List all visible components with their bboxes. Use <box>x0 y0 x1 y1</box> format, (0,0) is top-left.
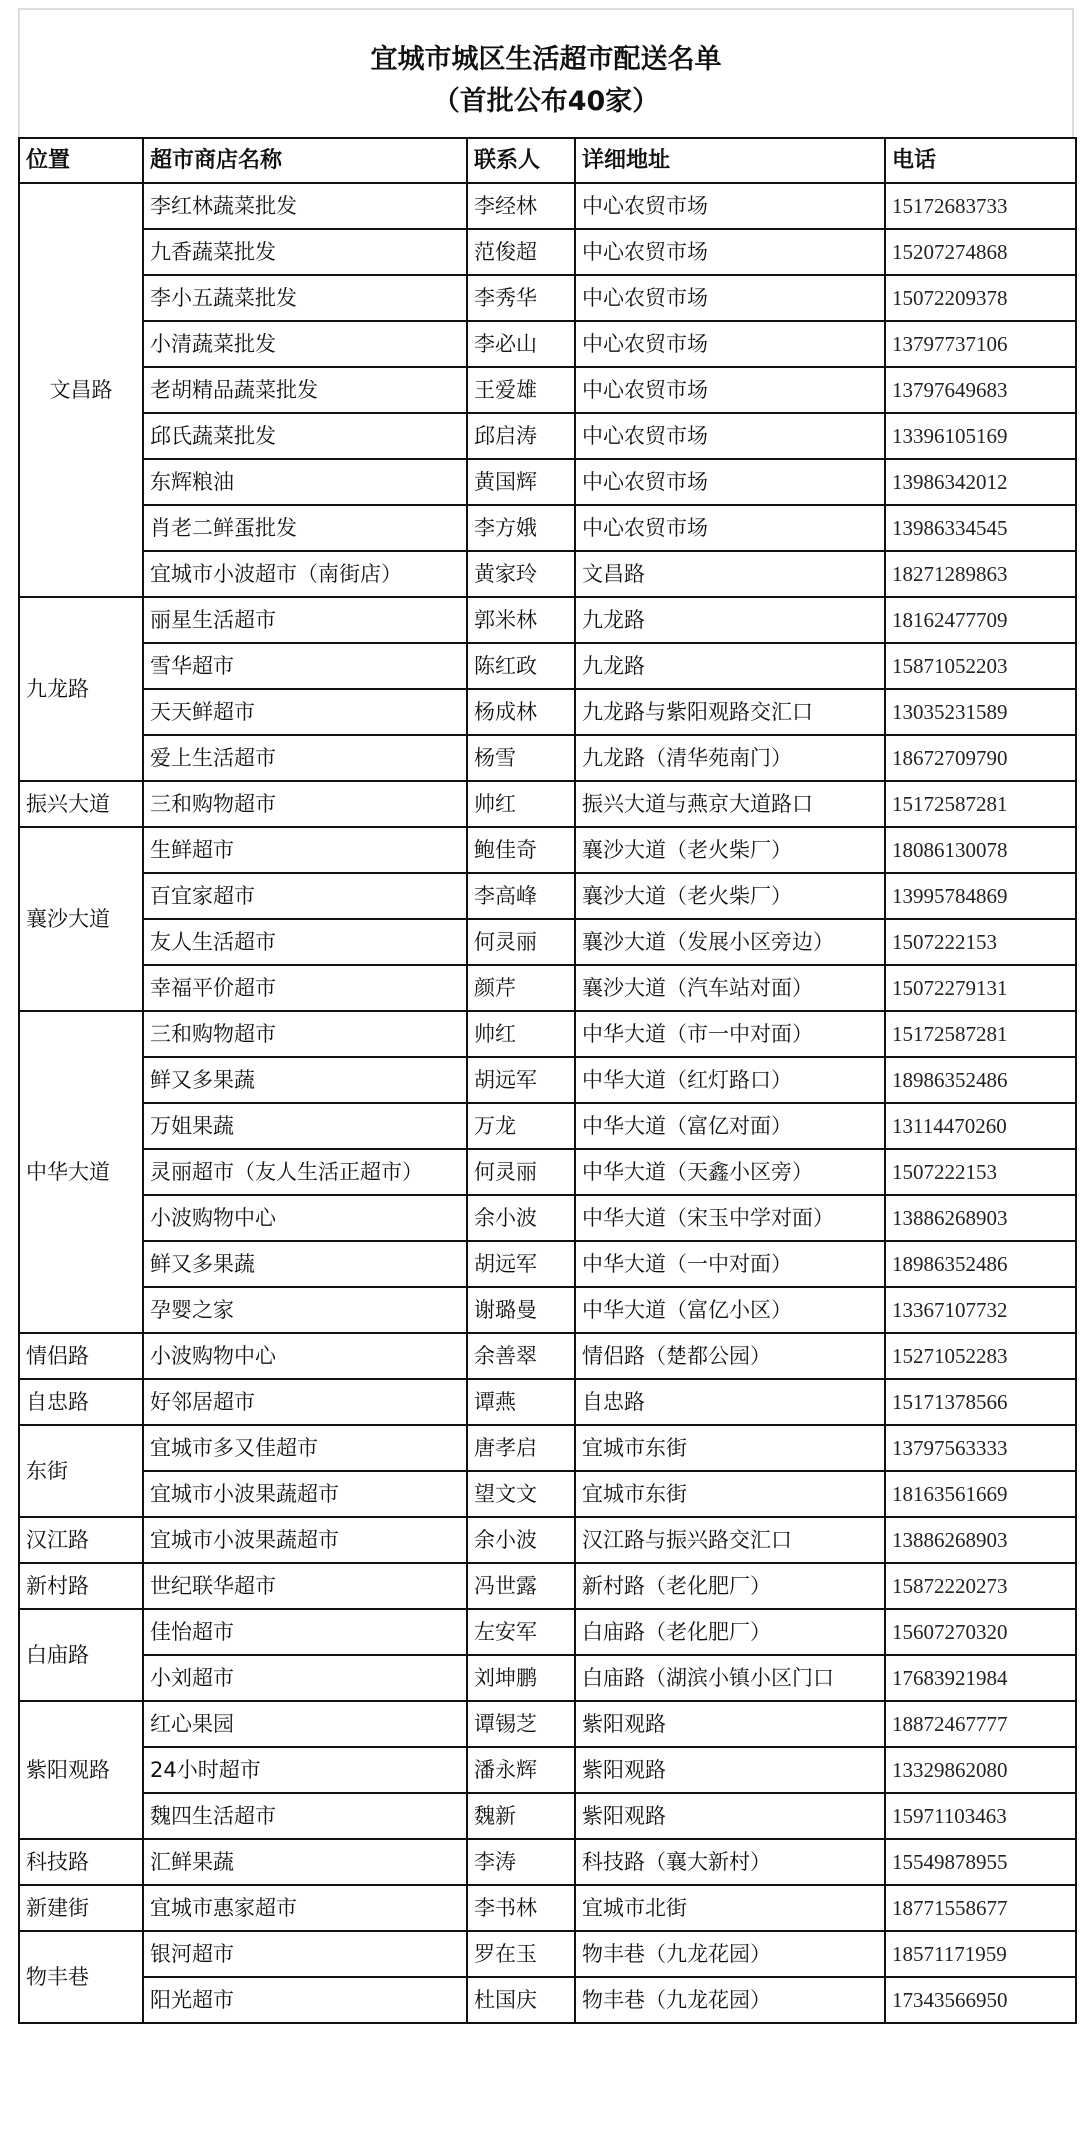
store-name-cell: 邱氏蔬菜批发 <box>143 413 467 459</box>
table-row: 宜城市小波超市（南街店）黄家玲文昌路18271289863 <box>19 551 1076 597</box>
phone-cell: 13797737106 <box>885 321 1076 367</box>
address-cell: 物丰巷（九龙花园） <box>575 1977 885 2023</box>
phone-cell: 15271052283 <box>885 1333 1076 1379</box>
table-row: 汉江路宜城市小波果蔬超市余小波汉江路与振兴路交汇口13886268903 <box>19 1517 1076 1563</box>
address-cell: 襄沙大道（老火柴厂） <box>575 873 885 919</box>
contact-cell: 范俊超 <box>467 229 575 275</box>
address-cell: 科技路（襄大新村） <box>575 1839 885 1885</box>
contact-cell: 谭锡芝 <box>467 1701 575 1747</box>
table-row: 紫阳观路红心果园谭锡芝紫阳观路18872467777 <box>19 1701 1076 1747</box>
phone-cell: 13396105169 <box>885 413 1076 459</box>
address-cell: 情侣路（楚都公园） <box>575 1333 885 1379</box>
table-row: 中华大道三和购物超市帅红中华大道（市一中对面）15172587281 <box>19 1011 1076 1057</box>
table-row: 孕婴之家谢璐曼中华大道（富亿小区）13367107732 <box>19 1287 1076 1333</box>
address-cell: 中心农贸市场 <box>575 367 885 413</box>
phone-cell: 13797563333 <box>885 1425 1076 1471</box>
phone-cell: 13329862080 <box>885 1747 1076 1793</box>
location-cell: 汉江路 <box>19 1517 143 1563</box>
table-row: 幸福平价超市颜芹襄沙大道（汽车站对面）15072279131 <box>19 965 1076 1011</box>
store-name-cell: 万姐果蔬 <box>143 1103 467 1149</box>
phone-cell: 18986352486 <box>885 1241 1076 1287</box>
header-phone: 电话 <box>885 138 1076 183</box>
store-name-cell: 雪华超市 <box>143 643 467 689</box>
store-name-cell: 九香蔬菜批发 <box>143 229 467 275</box>
address-cell: 中心农贸市场 <box>575 459 885 505</box>
header-location: 位置 <box>19 138 143 183</box>
store-name-cell: 鲜又多果蔬 <box>143 1057 467 1103</box>
table-row: 宜城市小波果蔬超市望文文宜城市东街18163561669 <box>19 1471 1076 1517</box>
contact-cell: 李方娥 <box>467 505 575 551</box>
contact-cell: 魏新 <box>467 1793 575 1839</box>
store-name-cell: 肖老二鲜蛋批发 <box>143 505 467 551</box>
store-name-cell: 东辉粮油 <box>143 459 467 505</box>
table-row: 魏四生活超市魏新紫阳观路15971103463 <box>19 1793 1076 1839</box>
phone-cell: 18571171959 <box>885 1931 1076 1977</box>
address-cell: 白庙路（老化肥厂） <box>575 1609 885 1655</box>
table-row: 天天鲜超市杨成林九龙路与紫阳观路交汇口13035231589 <box>19 689 1076 735</box>
phone-cell: 13035231589 <box>885 689 1076 735</box>
table-row: 九龙路丽星生活超市郭米林九龙路18162477709 <box>19 597 1076 643</box>
store-name-cell: 灵丽超市（友人生活正超市） <box>143 1149 467 1195</box>
store-name-cell: 宜城市惠家超市 <box>143 1885 467 1931</box>
address-cell: 紫阳观路 <box>575 1747 885 1793</box>
address-cell: 自忠路 <box>575 1379 885 1425</box>
contact-cell: 余善翠 <box>467 1333 575 1379</box>
address-cell: 九龙路（清华苑南门） <box>575 735 885 781</box>
table-row: 雪华超市陈红政九龙路15871052203 <box>19 643 1076 689</box>
location-cell: 襄沙大道 <box>19 827 143 1011</box>
store-name-cell: 小波购物中心 <box>143 1195 467 1241</box>
contact-cell: 王爱雄 <box>467 367 575 413</box>
phone-cell: 15607270320 <box>885 1609 1076 1655</box>
table-row: 李小五蔬菜批发李秀华中心农贸市场15072209378 <box>19 275 1076 321</box>
contact-cell: 何灵丽 <box>467 1149 575 1195</box>
location-cell: 九龙路 <box>19 597 143 781</box>
store-name-cell: 爱上生活超市 <box>143 735 467 781</box>
table-row: 万姐果蔬万龙中华大道（富亿对面）13114470260 <box>19 1103 1076 1149</box>
contact-cell: 杨雪 <box>467 735 575 781</box>
table-row: 新村路世纪联华超市冯世露新村路（老化肥厂）15872220273 <box>19 1563 1076 1609</box>
store-name-cell: 宜城市多又佳超市 <box>143 1425 467 1471</box>
table-row: 爱上生活超市杨雪九龙路（清华苑南门）18672709790 <box>19 735 1076 781</box>
location-cell: 新建街 <box>19 1885 143 1931</box>
table-row: 九香蔬菜批发范俊超中心农贸市场15207274868 <box>19 229 1076 275</box>
phone-cell: 18771558677 <box>885 1885 1076 1931</box>
address-cell: 汉江路与振兴路交汇口 <box>575 1517 885 1563</box>
location-cell: 新村路 <box>19 1563 143 1609</box>
store-name-cell: 三和购物超市 <box>143 1011 467 1057</box>
contact-cell: 李涛 <box>467 1839 575 1885</box>
store-name-cell: 孕婴之家 <box>143 1287 467 1333</box>
phone-cell: 17683921984 <box>885 1655 1076 1701</box>
phone-cell: 18271289863 <box>885 551 1076 597</box>
phone-cell: 13986342012 <box>885 459 1076 505</box>
address-cell: 紫阳观路 <box>575 1793 885 1839</box>
table-row: 百宜家超市李高峰襄沙大道（老火柴厂）13995784869 <box>19 873 1076 919</box>
phone-cell: 15549878955 <box>885 1839 1076 1885</box>
contact-cell: 李经林 <box>467 183 575 229</box>
address-cell: 中华大道（一中对面） <box>575 1241 885 1287</box>
store-name-cell: 小清蔬菜批发 <box>143 321 467 367</box>
phone-cell: 18986352486 <box>885 1057 1076 1103</box>
contact-cell: 帅红 <box>467 781 575 827</box>
contact-cell: 帅红 <box>467 1011 575 1057</box>
table-header-row: 位置 超市商店名称 联系人 详细地址 电话 <box>19 138 1076 183</box>
contact-cell: 邱启涛 <box>467 413 575 459</box>
table-body: 文昌路李红林蔬菜批发李经林中心农贸市场15172683733九香蔬菜批发范俊超中… <box>19 183 1076 2023</box>
phone-cell: 18086130078 <box>885 827 1076 873</box>
address-cell: 襄沙大道（老火柴厂） <box>575 827 885 873</box>
table-row: 小波购物中心余小波中华大道（宋玉中学对面）13886268903 <box>19 1195 1076 1241</box>
table-row: 灵丽超市（友人生活正超市）何灵丽中华大道（天鑫小区旁）1507222153 <box>19 1149 1076 1195</box>
phone-cell: 15072209378 <box>885 275 1076 321</box>
address-cell: 中心农贸市场 <box>575 275 885 321</box>
store-name-cell: 佳怡超市 <box>143 1609 467 1655</box>
table-row: 小清蔬菜批发李必山中心农贸市场13797737106 <box>19 321 1076 367</box>
store-name-cell: 幸福平价超市 <box>143 965 467 1011</box>
contact-cell: 余小波 <box>467 1517 575 1563</box>
store-name-cell: 银河超市 <box>143 1931 467 1977</box>
phone-cell: 13995784869 <box>885 873 1076 919</box>
location-cell: 白庙路 <box>19 1609 143 1701</box>
store-name-cell: 小刘超市 <box>143 1655 467 1701</box>
address-cell: 中心农贸市场 <box>575 321 885 367</box>
phone-cell: 15072279131 <box>885 965 1076 1011</box>
table-row: 情侣路小波购物中心余善翠情侣路（楚都公园）15271052283 <box>19 1333 1076 1379</box>
store-name-cell: 百宜家超市 <box>143 873 467 919</box>
store-name-cell: 鲜又多果蔬 <box>143 1241 467 1287</box>
address-cell: 物丰巷（九龙花园） <box>575 1931 885 1977</box>
location-cell: 紫阳观路 <box>19 1701 143 1839</box>
table-row: 新建街宜城市惠家超市李书林宜城市北街18771558677 <box>19 1885 1076 1931</box>
phone-cell: 15871052203 <box>885 643 1076 689</box>
phone-cell: 13797649683 <box>885 367 1076 413</box>
phone-cell: 1507222153 <box>885 1149 1076 1195</box>
contact-cell: 左安军 <box>467 1609 575 1655</box>
store-name-cell: 老胡精品蔬菜批发 <box>143 367 467 413</box>
table-row: 鲜又多果蔬胡远军中华大道（一中对面）18986352486 <box>19 1241 1076 1287</box>
store-name-cell: 李小五蔬菜批发 <box>143 275 467 321</box>
address-cell: 九龙路与紫阳观路交汇口 <box>575 689 885 735</box>
address-cell: 中华大道（富亿对面） <box>575 1103 885 1149</box>
store-name-cell: 李红林蔬菜批发 <box>143 183 467 229</box>
document-subtitle: （首批公布40家） <box>20 86 1072 118</box>
table-row: 24小时超市潘永辉紫阳观路13329862080 <box>19 1747 1076 1793</box>
document-title: 宜城市城区生活超市配送名单 <box>20 44 1072 76</box>
phone-cell: 18672709790 <box>885 735 1076 781</box>
address-cell: 新村路（老化肥厂） <box>575 1563 885 1609</box>
contact-cell: 杜国庆 <box>467 1977 575 2023</box>
phone-cell: 13114470260 <box>885 1103 1076 1149</box>
table-row: 肖老二鲜蛋批发李方娥中心农贸市场13986334545 <box>19 505 1076 551</box>
contact-cell: 杨成林 <box>467 689 575 735</box>
table-row: 白庙路佳怡超市左安军白庙路（老化肥厂）15607270320 <box>19 1609 1076 1655</box>
contact-cell: 郭米林 <box>467 597 575 643</box>
address-cell: 襄沙大道（汽车站对面） <box>575 965 885 1011</box>
contact-cell: 潘永辉 <box>467 1747 575 1793</box>
address-cell: 宜城市东街 <box>575 1425 885 1471</box>
table-row: 科技路汇鲜果蔬李涛科技路（襄大新村）15549878955 <box>19 1839 1076 1885</box>
table-row: 振兴大道三和购物超市帅红振兴大道与燕京大道路口15172587281 <box>19 781 1076 827</box>
contact-cell: 李高峰 <box>467 873 575 919</box>
contact-cell: 冯世露 <box>467 1563 575 1609</box>
store-name-cell: 好邻居超市 <box>143 1379 467 1425</box>
contact-cell: 鲍佳奇 <box>467 827 575 873</box>
location-cell: 情侣路 <box>19 1333 143 1379</box>
address-cell: 九龙路 <box>575 643 885 689</box>
phone-cell: 1507222153 <box>885 919 1076 965</box>
address-cell: 九龙路 <box>575 597 885 643</box>
phone-cell: 15207274868 <box>885 229 1076 275</box>
store-name-cell: 宜城市小波超市（南街店） <box>143 551 467 597</box>
table-row: 文昌路李红林蔬菜批发李经林中心农贸市场15172683733 <box>19 183 1076 229</box>
store-name-cell: 丽星生活超市 <box>143 597 467 643</box>
phone-cell: 17343566950 <box>885 1977 1076 2023</box>
header-store-name: 超市商店名称 <box>143 138 467 183</box>
store-name-cell: 友人生活超市 <box>143 919 467 965</box>
phone-cell: 15872220273 <box>885 1563 1076 1609</box>
phone-cell: 18163561669 <box>885 1471 1076 1517</box>
store-table: 位置 超市商店名称 联系人 详细地址 电话 文昌路李红林蔬菜批发李经林中心农贸市… <box>18 137 1077 2024</box>
store-name-cell: 三和购物超市 <box>143 781 467 827</box>
contact-cell: 胡远军 <box>467 1057 575 1103</box>
store-name-cell: 生鲜超市 <box>143 827 467 873</box>
title-box: 宜城市城区生活超市配送名单 （首批公布40家） <box>18 8 1074 137</box>
address-cell: 文昌路 <box>575 551 885 597</box>
table-row: 自忠路好邻居超市谭燕自忠路15171378566 <box>19 1379 1076 1425</box>
table-row: 襄沙大道生鲜超市鲍佳奇襄沙大道（老火柴厂）18086130078 <box>19 827 1076 873</box>
table-row: 东辉粮油黄国辉中心农贸市场13986342012 <box>19 459 1076 505</box>
contact-cell: 刘坤鹏 <box>467 1655 575 1701</box>
phone-cell: 13886268903 <box>885 1195 1076 1241</box>
address-cell: 中华大道（富亿小区） <box>575 1287 885 1333</box>
location-cell: 物丰巷 <box>19 1931 143 2023</box>
address-cell: 中华大道（天鑫小区旁） <box>575 1149 885 1195</box>
store-name-cell: 24小时超市 <box>143 1747 467 1793</box>
address-cell: 紫阳观路 <box>575 1701 885 1747</box>
table-row: 小刘超市刘坤鹏白庙路（湖滨小镇小区门口17683921984 <box>19 1655 1076 1701</box>
store-name-cell: 宜城市小波果蔬超市 <box>143 1471 467 1517</box>
address-cell: 中心农贸市场 <box>575 183 885 229</box>
table-row: 老胡精品蔬菜批发王爱雄中心农贸市场13797649683 <box>19 367 1076 413</box>
phone-cell: 15171378566 <box>885 1379 1076 1425</box>
address-cell: 中华大道（宋玉中学对面） <box>575 1195 885 1241</box>
contact-cell: 颜芹 <box>467 965 575 1011</box>
contact-cell: 谢璐曼 <box>467 1287 575 1333</box>
store-name-cell: 魏四生活超市 <box>143 1793 467 1839</box>
address-cell: 宜城市东街 <box>575 1471 885 1517</box>
contact-cell: 万龙 <box>467 1103 575 1149</box>
address-cell: 中华大道（市一中对面） <box>575 1011 885 1057</box>
phone-cell: 18872467777 <box>885 1701 1076 1747</box>
phone-cell: 15971103463 <box>885 1793 1076 1839</box>
location-cell: 中华大道 <box>19 1011 143 1333</box>
table-row: 鲜又多果蔬胡远军中华大道（红灯路口）18986352486 <box>19 1057 1076 1103</box>
store-name-cell: 天天鲜超市 <box>143 689 467 735</box>
contact-cell: 李书林 <box>467 1885 575 1931</box>
contact-cell: 李秀华 <box>467 275 575 321</box>
contact-cell: 胡远军 <box>467 1241 575 1287</box>
address-cell: 振兴大道与燕京大道路口 <box>575 781 885 827</box>
phone-cell: 13986334545 <box>885 505 1076 551</box>
contact-cell: 罗在玉 <box>467 1931 575 1977</box>
location-cell: 自忠路 <box>19 1379 143 1425</box>
contact-cell: 黄家玲 <box>467 551 575 597</box>
table-row: 友人生活超市何灵丽襄沙大道（发展小区旁边）1507222153 <box>19 919 1076 965</box>
phone-cell: 15172587281 <box>885 781 1076 827</box>
address-cell: 中心农贸市场 <box>575 229 885 275</box>
address-cell: 襄沙大道（发展小区旁边） <box>575 919 885 965</box>
store-name-cell: 宜城市小波果蔬超市 <box>143 1517 467 1563</box>
store-name-cell: 阳光超市 <box>143 1977 467 2023</box>
header-contact: 联系人 <box>467 138 575 183</box>
address-cell: 中华大道（红灯路口） <box>575 1057 885 1103</box>
address-cell: 白庙路（湖滨小镇小区门口 <box>575 1655 885 1701</box>
store-name-cell: 汇鲜果蔬 <box>143 1839 467 1885</box>
contact-cell: 何灵丽 <box>467 919 575 965</box>
store-name-cell: 世纪联华超市 <box>143 1563 467 1609</box>
table-row: 邱氏蔬菜批发邱启涛中心农贸市场13396105169 <box>19 413 1076 459</box>
contact-cell: 余小波 <box>467 1195 575 1241</box>
phone-cell: 15172587281 <box>885 1011 1076 1057</box>
contact-cell: 黄国辉 <box>467 459 575 505</box>
phone-cell: 15172683733 <box>885 183 1076 229</box>
header-address: 详细地址 <box>575 138 885 183</box>
address-cell: 中心农贸市场 <box>575 413 885 459</box>
contact-cell: 谭燕 <box>467 1379 575 1425</box>
location-cell: 振兴大道 <box>19 781 143 827</box>
contact-cell: 唐孝启 <box>467 1425 575 1471</box>
contact-cell: 望文文 <box>467 1471 575 1517</box>
store-name-cell: 红心果园 <box>143 1701 467 1747</box>
contact-cell: 李必山 <box>467 321 575 367</box>
contact-cell: 陈红政 <box>467 643 575 689</box>
location-cell: 文昌路 <box>19 183 143 597</box>
phone-cell: 18162477709 <box>885 597 1076 643</box>
address-cell: 中心农贸市场 <box>575 505 885 551</box>
location-cell: 东街 <box>19 1425 143 1517</box>
store-name-cell: 小波购物中心 <box>143 1333 467 1379</box>
phone-cell: 13367107732 <box>885 1287 1076 1333</box>
table-row: 阳光超市杜国庆物丰巷（九龙花园）17343566950 <box>19 1977 1076 2023</box>
table-row: 物丰巷银河超市罗在玉物丰巷（九龙花园）18571171959 <box>19 1931 1076 1977</box>
table-row: 东街宜城市多又佳超市唐孝启宜城市东街13797563333 <box>19 1425 1076 1471</box>
phone-cell: 13886268903 <box>885 1517 1076 1563</box>
location-cell: 科技路 <box>19 1839 143 1885</box>
address-cell: 宜城市北街 <box>575 1885 885 1931</box>
